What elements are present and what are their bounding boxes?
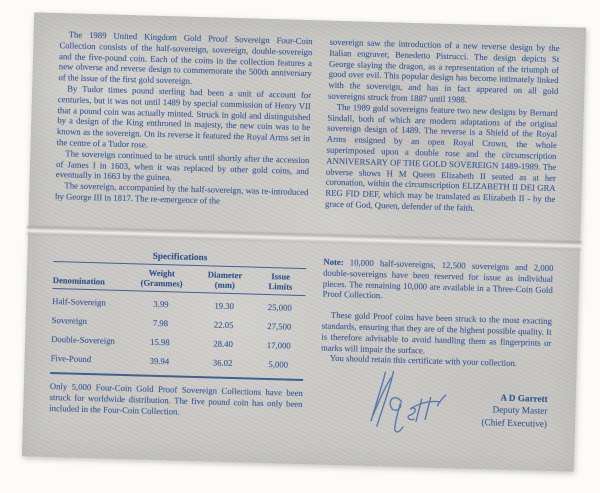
cell-issue-limits: 27,500 [254, 320, 305, 331]
cell-diameter: 28.40 [193, 338, 254, 350]
cell-issue-limits: 25,000 [254, 301, 305, 312]
specifications-table: Specifications Denomination Weight (Gram… [50, 249, 306, 381]
note-column: Note: 10,000 half-sovereigns, 12,500 sov… [319, 257, 554, 439]
handwritten-signature-icon [349, 369, 455, 436]
column-header-denomination: Denomination [53, 276, 129, 288]
cell-weight: 39.94 [126, 355, 192, 367]
cell-denomination: Five-Pound [51, 353, 127, 365]
column-header-diameter: Diameter (mm) [194, 270, 255, 291]
cell-denomination: Half-Sovereign [52, 296, 128, 308]
intro-column: The 1989 United Kingdom Gold Proof Sover… [55, 29, 313, 209]
intro-paragraph: The 1989 United Kingdom Gold Proof Sover… [58, 29, 312, 90]
care-paragraph: These gold Proof coins have been struck … [321, 310, 552, 360]
design-column: sovereign saw the introduction of a new … [325, 37, 560, 216]
note-text: 10,000 half-sovereigns, 12,500 sovereign… [322, 257, 553, 300]
signatory-role-2: (Chief Executive) [481, 416, 547, 430]
design-paragraph: The 1989 gold sovereigns feature two new… [325, 101, 558, 215]
design-paragraph: sovereign saw the introduction of a new … [328, 37, 560, 108]
cell-denomination: Sovereign [52, 315, 128, 327]
cell-weight: 15.98 [127, 336, 193, 348]
table-body: Half-Sovereign 3.99 19.30 25,000 Soverei… [50, 289, 305, 381]
column-header-weight: Weight (Grammes) [129, 268, 195, 289]
certificate-top-panel: The 1989 United Kingdom Gold Proof Sover… [29, 28, 586, 216]
cell-diameter: 22.05 [193, 319, 254, 331]
cell-issue-limits: 5,000 [253, 358, 304, 369]
certificate-paper: The 1989 United Kingdom Gold Proof Sover… [22, 12, 586, 471]
column-header-issue-limits: Issue Limits [255, 272, 306, 293]
signatory-details: A D Garrett Deputy Master (Chief Executi… [481, 391, 550, 438]
cell-diameter: 19.30 [194, 300, 255, 312]
cell-diameter: 36.02 [192, 357, 253, 369]
note-paragraph: Note: 10,000 half-sovereigns, 12,500 sov… [322, 257, 553, 307]
header-label: Limits [255, 281, 306, 292]
signature-block: A D Garrett Deputy Master (Chief Executi… [319, 368, 551, 438]
scan-background: The 1989 United Kingdom Gold Proof Sover… [0, 0, 600, 493]
specifications-column: Specifications Denomination Weight (Gram… [49, 249, 307, 431]
header-label: Denomination [53, 276, 129, 288]
fold-crease [26, 224, 582, 252]
header-label: (mm) [194, 280, 255, 291]
cell-weight: 3.99 [128, 298, 194, 310]
cell-weight: 7.98 [127, 317, 193, 329]
cell-denomination: Double-Sovereign [51, 334, 127, 346]
certificate-bottom-panel: Specifications Denomination Weight (Gram… [23, 248, 580, 439]
header-label: (Grammes) [129, 278, 195, 289]
note-label: Note: [323, 257, 344, 268]
distribution-note: Only 5,000 Four-Coin Gold Proof Sovereig… [49, 381, 303, 420]
cell-issue-limits: 17,000 [253, 339, 304, 350]
intro-paragraph: By Tudor times pound sterling had been a… [57, 83, 312, 155]
